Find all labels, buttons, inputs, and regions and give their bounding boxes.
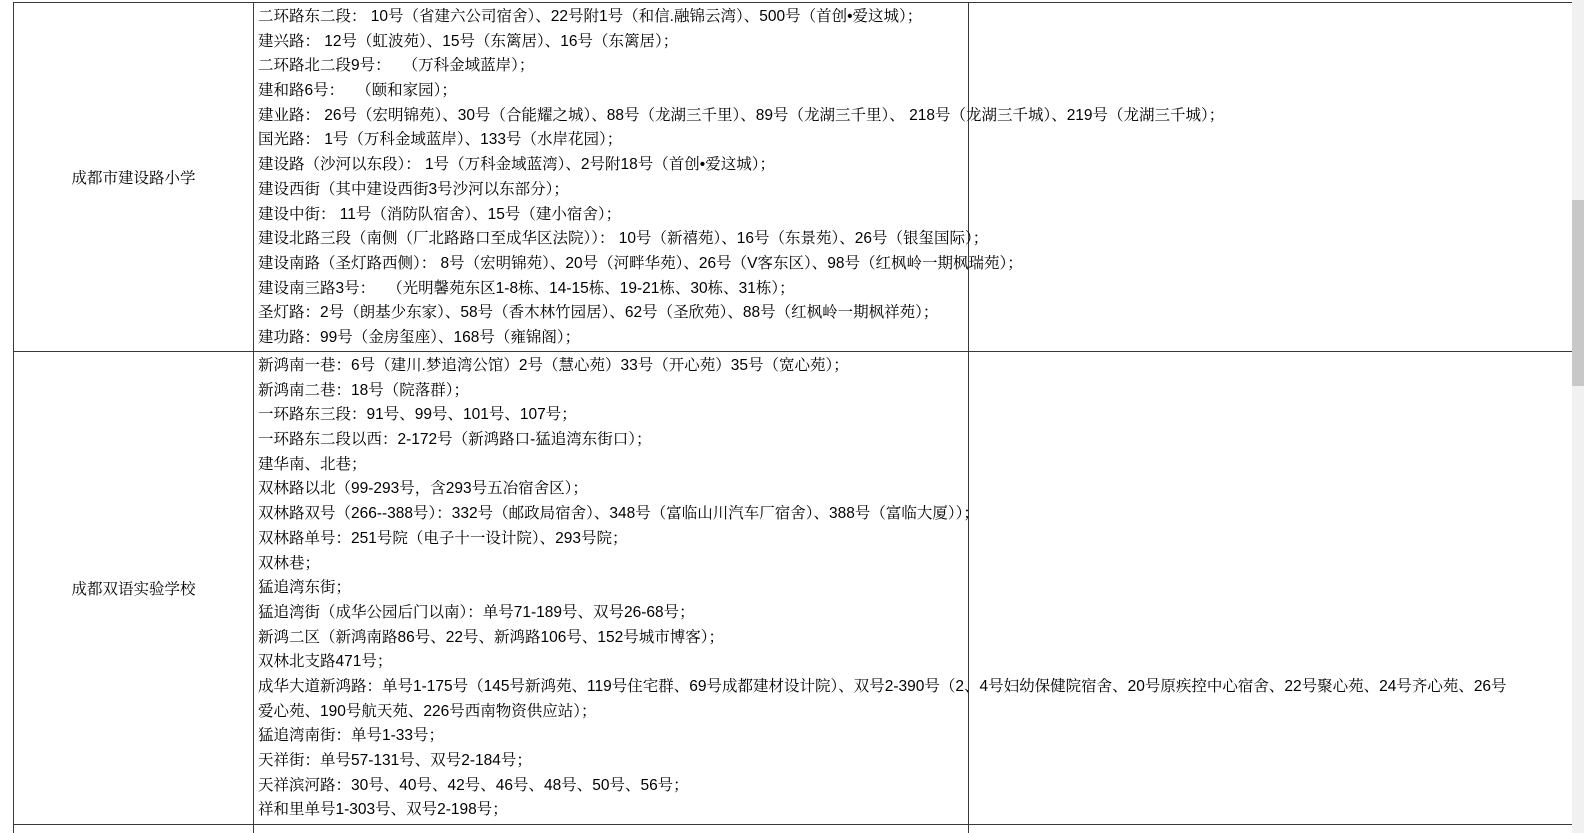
street-address-line: 建设北路三段（南侧（厂北路路口至成华区法院））： 10号（新禧苑）、16号（东景… [258,227,968,252]
street-address-line: 猛追湾东街； [258,576,968,601]
school-name-cell: 成都双语实验学校 [14,351,253,824]
street-address-line: 双林巷； [258,552,968,577]
street-address-line: 爱心苑、190号航天苑、226号西南物资供应站）； [258,700,968,725]
street-address-line: 建设西街（其中建设西街3号沙河以东部分）； [258,178,968,203]
street-address-line: 二环路北二段9号： （万科金域蓝岸）； [258,54,968,79]
street-address-line: 新鸿南二巷：18号（院落群）； [258,379,968,404]
street-address-line: 天祥街：单号57-131号、双号2-184号； [258,749,968,774]
street-address-line: 猛追湾南街：单号1-33号； [258,724,968,749]
street-address-line: 建兴路： 12号（虹波苑）、15号（东篱居）、16号（东篱居）； [258,30,968,55]
street-address-line: 猛追湾街（成华公园后门以南）：单号71-189号、双号26-68号； [258,601,968,626]
street-address-line: 建功路：99号（金房玺座）、168号（雍锦阁）； [258,326,968,351]
table-bottom-border [13,824,1572,825]
street-address-line: 建设路（沙河以东段）： 1号（万科金域蓝湾）、2号附18号（首创•爱这城）； [258,153,968,178]
street-address-line: 二环路东二段： 10号（省建六公司宿舍）、22号附1号（和信.融锦云湾）、500… [258,5,968,30]
content-column-border [968,2,969,833]
street-address-line: 一环路东三段：91号、99号、101号、107号； [258,403,968,428]
street-address-line: 双林北支路471号； [258,650,968,675]
street-address-line: 双林路以北（99-293号，含293号五冶宿舍区）； [258,477,968,502]
street-address-line: 建和路6号： （颐和家园）； [258,79,968,104]
street-address-line: 国光路： 1号（万科金域蓝岸）、133号（水岸花园）； [258,128,968,153]
street-address-line: 双林路双号（266--388号）：332号（邮政局宿舍）、348号（富临山川汽车… [258,502,968,527]
street-address-line: 建设南路（圣灯路西侧）： 8号（宏明锦苑）、20号（河畔华苑）、26号（V客东区… [258,252,968,277]
school-name: 成都市建设路小学 [71,166,195,188]
street-address-line: 天祥滨河路：30号、40号、42号、46号、48号、50号、56号； [258,774,968,799]
street-address-line: 新鸿二区（新鸿南路86号、22号、新鸿路106号、152号城市博客）； [258,626,968,651]
street-address-line: 建业路： 26号（宏明锦苑）、30号（合能耀之城）、88号（龙湖三千里）、89号… [258,104,968,129]
school-name-cell: 成都市建设路小学 [14,2,253,351]
street-address-line: 祥和里单号1-303号、双号2-198号； [258,798,968,823]
school-district-page: 成都市建设路小学 二环路东二段： 10号（省建六公司宿舍）、22号附1号（和信.… [0,0,1584,833]
street-address-line: 双林路单号：251号院（电子十一设计院）、293号院； [258,527,968,552]
vertical-scrollbar[interactable] [1572,0,1584,833]
scrollbar-thumb[interactable] [1572,200,1584,386]
district-address-cell: 新鸿南一巷：6号（建川.梦追湾公馆）2号（慧心苑）33号（开心苑）35号（宽心苑… [258,354,968,823]
name-column-border [253,2,254,833]
street-address-line: 建设南三路3号： （光明馨苑东区1-8栋、14-15栋、19-21栋、30栋、3… [258,277,968,302]
street-address-line: 一环路东二段以西：2-172号（新鸿路口-猛追湾东街口）； [258,428,968,453]
street-address-line: 建华南、北巷； [258,453,968,478]
street-address-line: 成华大道新鸿路：单号1-175号（145号新鸿苑、119号住宅群、69号成都建材… [258,675,968,700]
street-address-line: 建设中街： 11号（消防队宿舍）、15号（建小宿舍）； [258,203,968,228]
street-address-line: 新鸿南一巷：6号（建川.梦追湾公馆）2号（慧心苑）33号（开心苑）35号（宽心苑… [258,354,968,379]
street-address-line: 圣灯路：2号（朗基少东家）、58号（香木林竹园居）、62号（圣欣苑）、88号（红… [258,301,968,326]
school-name: 成都双语实验学校 [71,577,195,599]
district-address-cell: 二环路东二段： 10号（省建六公司宿舍）、22号附1号（和信.融锦云湾）、500… [258,5,968,351]
